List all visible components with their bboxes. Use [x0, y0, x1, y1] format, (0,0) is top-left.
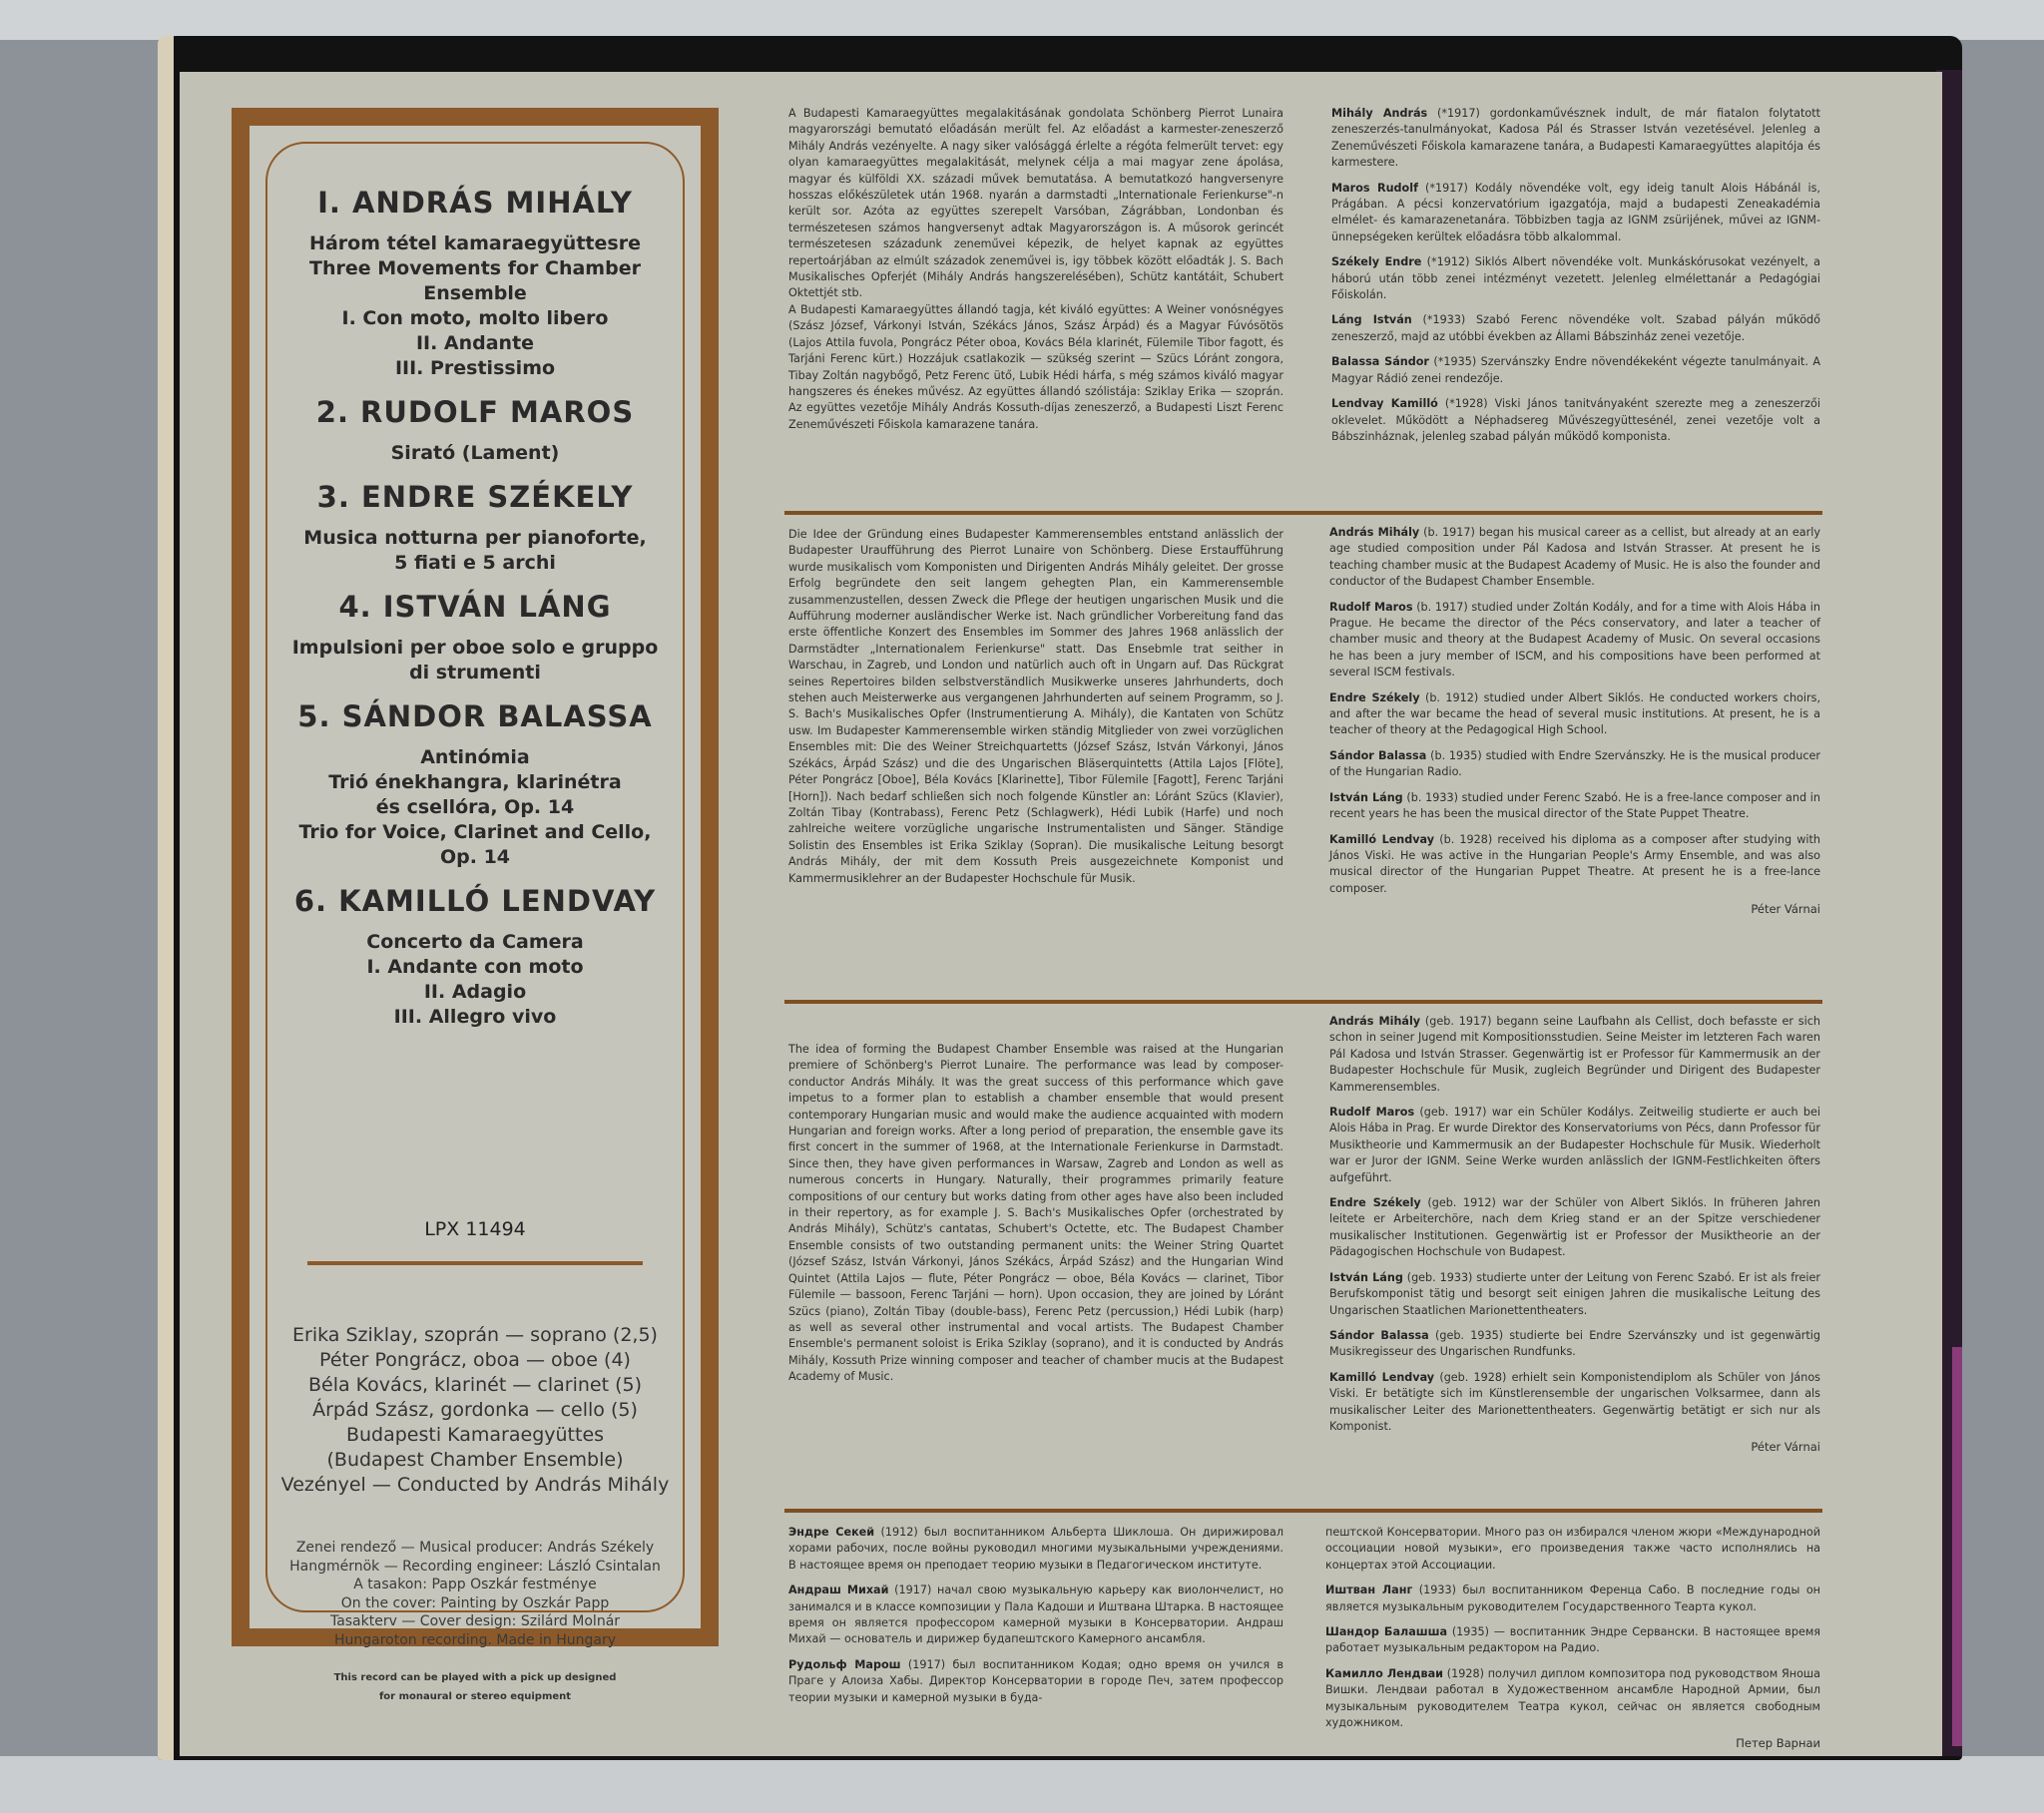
credit-line: A tasakon: Papp Oszkár festménye — [250, 1576, 701, 1594]
backdrop — [0, 0, 2044, 40]
credit-line: Hangmérnök — Recording engineer: László … — [250, 1558, 701, 1577]
work-line: Musica notturna per pianoforte, — [250, 526, 701, 551]
paragraph: The idea of forming the Budapest Chamber… — [788, 1042, 1283, 1386]
work-line: di strumenti — [250, 661, 701, 685]
work-line: III. Allegro vivo — [250, 1005, 701, 1030]
production-credits: Zenei rendező — Musical producer: András… — [250, 1539, 701, 1649]
signature: Петер Варнаи — [1325, 1735, 1820, 1751]
bio-name: Mihály András — [1331, 107, 1427, 120]
notes-english-bios: András Mihály (b. 1917) began his musica… — [1329, 525, 1820, 918]
track-entry: I. ANDRÁS MIHÁLYHárom tétel kamaraegyütt… — [250, 186, 701, 381]
credit-line: Tasakterv — Cover design: Szilárd Molnár — [250, 1612, 701, 1631]
bio-paragraph: Kamilló Lendvay (b. 1928) received his d… — [1329, 832, 1820, 898]
bio-paragraph: Rudolf Maros (b. 1917) studied under Zol… — [1329, 600, 1820, 681]
work-line: Trió énekhangra, klarinétra — [250, 770, 701, 795]
bio-paragraph: Sándor Balassa (geb. 1935) studierte bei… — [1329, 1328, 1820, 1361]
work-title: Concerto da CameraI. Andante con motoII.… — [250, 930, 701, 1030]
bio-paragraph: Рудольф Марош (1917) был воспитанником К… — [788, 1657, 1283, 1706]
bio-paragraph: Камилло Лендваи (1928) получил диплом ко… — [1325, 1666, 1820, 1732]
bio-name: András Mihály — [1329, 1015, 1420, 1028]
bio-paragraph: Эндре Секей (1912) был воспитанником Аль… — [788, 1525, 1283, 1574]
bio-paragraph: Endre Székely (geb. 1912) war der Schüle… — [1329, 1195, 1820, 1261]
paragraph: A Budapesti Kamaraegyüttes megalakitásán… — [788, 106, 1283, 302]
work-title: Három tétel kamaraegyüttesreThree Moveme… — [250, 231, 701, 381]
performer-line: Árpád Szász, gordonka — cello (5) — [250, 1398, 701, 1423]
work-line: Trio for Voice, Clarinet and Cello, — [250, 820, 701, 845]
bio-name: Székely Endre — [1331, 255, 1421, 268]
divider — [784, 511, 1822, 515]
paragraph: A Budapesti Kamaraegyüttes állandó tagja… — [788, 302, 1283, 433]
bio-name: Sándor Balassa — [1329, 749, 1426, 762]
bio-name: Rudolf Maros — [1329, 601, 1413, 614]
bio-paragraph: András Mihály (b. 1917) began his musica… — [1329, 525, 1820, 591]
bio-name: Андраш Михай — [788, 1584, 888, 1596]
work-line: Sirató (Lament) — [250, 441, 701, 466]
bio-name: Lendvay Kamilló — [1331, 397, 1438, 410]
track-entry: 5. SÁNDOR BALASSAAntinómiaTrió énekhangr… — [250, 699, 701, 870]
track-entry: 4. ISTVÁN LÁNGImpulsioni per oboe solo e… — [250, 590, 701, 685]
bio-paragraph: András Mihály (geb. 1917) begann seine L… — [1329, 1014, 1820, 1096]
bio-paragraph: Rudolf Maros (geb. 1917) war ein Schüler… — [1329, 1105, 1820, 1186]
bio-paragraph: István Láng (b. 1933) studied under Fere… — [1329, 790, 1820, 823]
bio-name: Maros Rudolf — [1331, 182, 1418, 195]
credit-line: Hungaroton recording. Made in Hungary — [250, 1631, 701, 1650]
work-line: és csellóra, Op. 14 — [250, 795, 701, 820]
work-line: Concerto da Camera — [250, 930, 701, 955]
bio-paragraph: Иштван Ланг (1933) был воспитанником Фер… — [1325, 1583, 1820, 1615]
bio-paragraph: Андраш Михай (1917) начал свою музыкальн… — [788, 1583, 1283, 1648]
playback-notice: This record can be played with a pick up… — [250, 1668, 701, 1706]
catalog-number: LPX 11494 — [250, 1218, 701, 1240]
composer-name: 2. RUDOLF MAROS — [250, 395, 701, 429]
bio-name: Balassa Sándor — [1331, 355, 1429, 368]
work-line: Három tétel kamaraegyüttesre — [250, 231, 701, 256]
performer-line: Erika Sziklay, szoprán — soprano (2,5) — [250, 1323, 701, 1348]
work-line: Op. 14 — [250, 845, 701, 870]
track-entry: 3. ENDRE SZÉKELYMusica notturna per pian… — [250, 480, 701, 576]
work-line: Three Movements for Chamber — [250, 256, 701, 281]
performer-line: Péter Pongrácz, oboa — oboe (4) — [250, 1348, 701, 1373]
bio-name: Kamilló Lendvay — [1329, 833, 1434, 846]
work-line: Ensemble — [250, 281, 701, 306]
bio-name: Иштван Ланг — [1325, 1584, 1412, 1596]
divider — [784, 1509, 1822, 1513]
bio-name: István Láng — [1329, 791, 1403, 804]
notes-russian-left: Эндре Секей (1912) был воспитанником Аль… — [788, 1525, 1283, 1706]
bio-name: Эндре Секей — [788, 1526, 874, 1539]
credit-line: Zenei rendező — Musical producer: András… — [250, 1539, 701, 1558]
bio-name: István Láng — [1329, 1271, 1403, 1284]
divider — [784, 1000, 1822, 1004]
bio-paragraph: Mihály András (*1917) gordonkaművésznek … — [1331, 106, 1820, 172]
tracklist: I. ANDRÁS MIHÁLYHárom tétel kamaraegyütt… — [250, 186, 701, 1044]
work-line: II. Adagio — [250, 980, 701, 1005]
bio-paragraph: Láng István (*1933) Szabó Ferenc növendé… — [1331, 312, 1820, 345]
notes-hungarian-bios: Mihály András (*1917) gordonkaművésznek … — [1331, 106, 1820, 445]
work-title: Musica notturna per pianoforte,5 fiati e… — [250, 526, 701, 576]
bio-name: Камилло Лендваи — [1325, 1667, 1443, 1680]
composer-name: 6. KAMILLÓ LENDVAY — [250, 884, 701, 918]
work-line: II. Andante — [250, 331, 701, 356]
track-entry: 2. RUDOLF MAROSSirató (Lament) — [250, 395, 701, 466]
composer-name: I. ANDRÁS MIHÁLY — [250, 186, 701, 220]
bio-paragraph: Шандор Балашша (1935) — воспитанник Эндр… — [1325, 1624, 1820, 1657]
bio-paragraph: Balassa Sándor (*1935) Szervánszky Endre… — [1331, 354, 1820, 387]
signature: Péter Várnai — [1329, 901, 1820, 917]
notes-russian-right: пештской Консерватории. Много раз он изб… — [1325, 1525, 1820, 1752]
notice-line: for monaural or stereo equipment — [250, 1687, 701, 1706]
work-title: AntinómiaTrió énekhangra, klarinétraés c… — [250, 745, 701, 870]
bio-name: András Mihály — [1329, 526, 1419, 539]
work-title: Sirató (Lament) — [250, 441, 701, 466]
bio-paragraph: Endre Székely (b. 1912) studied under Al… — [1329, 690, 1820, 739]
work-line: III. Prestissimo — [250, 356, 701, 381]
notes-english-intro: The idea of forming the Budapest Chamber… — [788, 1042, 1283, 1386]
tracklist-panel: I. ANDRÁS MIHÁLYHárom tétel kamaraegyütt… — [232, 108, 719, 1646]
bio-paragraph: Maros Rudolf (*1917) Kodály növendéke vo… — [1331, 181, 1820, 246]
notice-line: This record can be played with a pick up… — [250, 1668, 701, 1687]
bio-paragraph: Sándor Balassa (b. 1935) studied with En… — [1329, 748, 1820, 781]
bio-paragraph: Lendvay Kamilló (*1928) Viski János tani… — [1331, 396, 1820, 445]
sleeve-worn-edge — [158, 36, 174, 1760]
bio-name: Kamilló Lendvay — [1329, 1371, 1434, 1384]
work-line: Antinómia — [250, 745, 701, 770]
work-line: I. Andante con moto — [250, 955, 701, 980]
composer-name: 5. SÁNDOR BALASSA — [250, 699, 701, 733]
bio-name: Рудольф Марош — [788, 1658, 901, 1671]
performer-line: Vezényel — Conducted by András Mihály — [250, 1473, 701, 1498]
work-line: 5 fiati e 5 archi — [250, 551, 701, 576]
work-line: Impulsioni per oboe solo e gruppo — [250, 636, 701, 661]
performer-line: Budapesti Kamaraegyüttes — [250, 1423, 701, 1448]
bio-name: Шандор Балашша — [1325, 1625, 1447, 1638]
bio-paragraph: Székely Endre (*1912) Siklós Albert növe… — [1331, 254, 1820, 303]
performer-line: (Budapest Chamber Ensemble) — [250, 1448, 701, 1473]
work-title: Impulsioni per oboe solo e gruppodi stru… — [250, 636, 701, 685]
paragraph: Die Idee der Gründung eines Budapester K… — [788, 527, 1283, 887]
composer-name: 3. ENDRE SZÉKELY — [250, 480, 701, 514]
notes-german-bios: András Mihály (geb. 1917) begann seine L… — [1329, 1014, 1820, 1456]
composer-name: 4. ISTVÁN LÁNG — [250, 590, 701, 624]
notes-hungarian-intro: A Budapesti Kamaraegyüttes megalakitásán… — [788, 106, 1283, 433]
track-entry: 6. KAMILLÓ LENDVAYConcerto da CameraI. A… — [250, 884, 701, 1030]
bio-name: Láng István — [1331, 313, 1412, 326]
divider — [307, 1261, 643, 1265]
signature: Péter Várnai — [1329, 1439, 1820, 1455]
bio-paragraph: István Láng (geb. 1933) studierte unter … — [1329, 1270, 1820, 1319]
bio-name: Endre Székely — [1329, 1196, 1421, 1209]
notes-german-intro: Die Idee der Gründung eines Budapester K… — [788, 527, 1283, 887]
performer-line: Béla Kovács, klarinét — clarinet (5) — [250, 1373, 701, 1398]
table-surface — [0, 1756, 2044, 1813]
work-line: I. Con moto, molto libero — [250, 306, 701, 331]
credit-line: On the cover: Painting by Oszkár Papp — [250, 1594, 701, 1613]
bio-name: Sándor Balassa — [1329, 1329, 1429, 1342]
bio-paragraph: Kamilló Lendvay (geb. 1928) erhielt sein… — [1329, 1370, 1820, 1436]
paragraph: пештской Консерватории. Много раз он изб… — [1325, 1525, 1820, 1574]
spine-tint — [1952, 1347, 1962, 1746]
bio-name: Endre Székely — [1329, 691, 1420, 704]
bio-name: Rudolf Maros — [1329, 1106, 1414, 1119]
performers: Erika Sziklay, szoprán — soprano (2,5)Pé… — [250, 1323, 701, 1498]
